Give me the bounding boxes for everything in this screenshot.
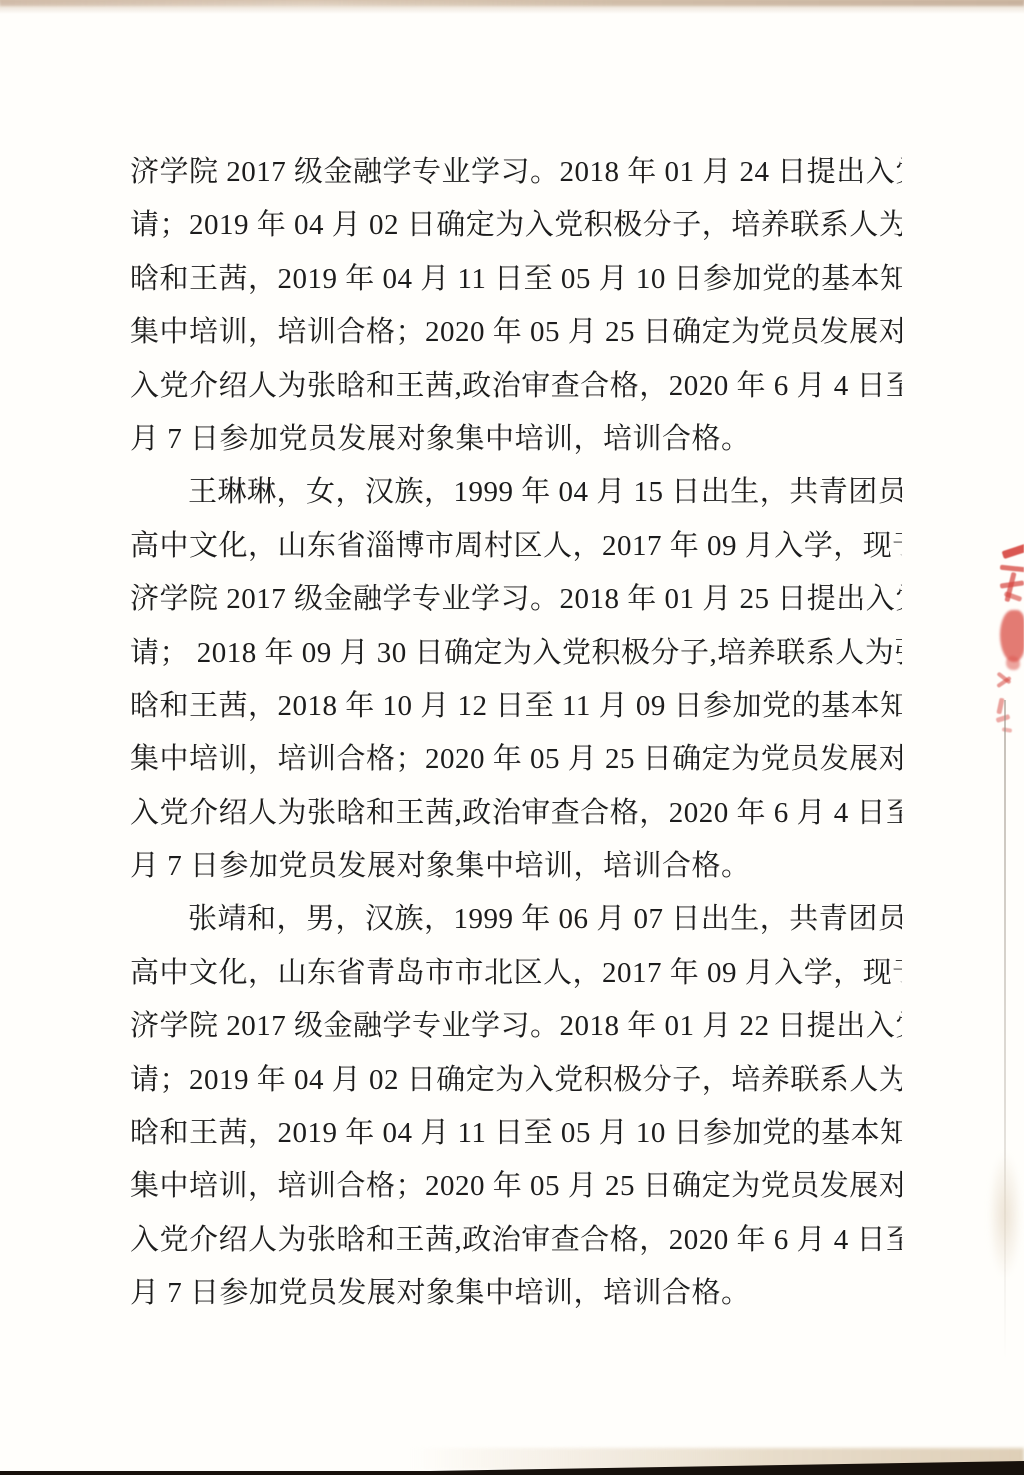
text-line: 请；2019 年 04 月 02 日确定为入党积极分子，培养联系人为张 <box>130 1054 902 1107</box>
text-line: 月 7 日参加党员发展对象集中培训，培训合格。 <box>130 413 902 466</box>
stamp-stroke <box>1002 541 1024 559</box>
text-line: 济学院 2017 级金融学专业学习。2018 年 01 月 24 日提出入党申 <box>130 146 902 199</box>
text-line: 入党介绍人为张晗和王茜,政治审查合格，2020 年 6 月 4 日至 6 <box>130 1214 902 1267</box>
text-line: 晗和王茜，2018 年 10 月 12 日至 11 月 09 日参加党的基本知识 <box>130 680 902 733</box>
text-line: 入党介绍人为张晗和王茜,政治审查合格，2020 年 6 月 4 日至 6 <box>130 360 902 413</box>
text-block: 济学院 2017 级金融学专业学习。2018 年 01 月 24 日提出入党申请… <box>130 146 902 1321</box>
text-line: 济学院 2017 级金融学专业学习。2018 年 01 月 22 日提出入党申 <box>130 1000 902 1053</box>
text-line: 集中培训，培训合格；2020 年 05 月 25 日确定为党员发展对象， <box>130 306 902 359</box>
page-edge-smudge <box>988 1150 1022 1280</box>
stamp-blob <box>1000 610 1024 662</box>
text-line: 济学院 2017 级金融学专业学习。2018 年 01 月 25 日提出入党申 <box>130 573 902 626</box>
scan-top-edge-grain <box>0 0 1024 6</box>
text-line: 入党介绍人为张晗和王茜,政治审查合格，2020 年 6 月 4 日至 6 <box>130 787 902 840</box>
text-line: 晗和王茜，2019 年 04 月 11 日至 05 月 10 日参加党的基本知识 <box>130 253 902 306</box>
text-line: 月 7 日参加党员发展对象集中培训，培训合格。 <box>130 1267 902 1320</box>
text-line: 集中培训，培训合格；2020 年 05 月 25 日确定为党员发展对象， <box>130 733 902 786</box>
text-line: 高中文化，山东省淄博市周村区人，2017 年 09 月入学，现于经 <box>130 520 902 573</box>
scan-bottom-edge <box>0 1455 1024 1475</box>
text-line: 王琳琳，女，汉族，1999 年 04 月 15 日出生，共青团员， <box>130 466 902 519</box>
text-line: 高中文化，山东省青岛市市北区人，2017 年 09 月入学，现于经 <box>130 947 902 1000</box>
text-line: 月 7 日参加党员发展对象集中培训，培训合格。 <box>130 840 902 893</box>
text-line: 请； 2018 年 09 月 30 日确定为入党积极分子,培养联系人为张 <box>130 627 902 680</box>
scanned-page: 济学院 2017 级金融学专业学习。2018 年 01 月 24 日提出入党申请… <box>0 0 1024 1475</box>
text-line: 集中培训，培训合格；2020 年 05 月 25 日确定为党员发展对象， <box>130 1160 902 1213</box>
text-line: 张靖和，男，汉族，1999 年 06 月 07 日出生，共青团员， <box>130 893 902 946</box>
stamp-blob <box>1006 656 1020 670</box>
text-line: 晗和王茜，2019 年 04 月 11 日至 05 月 10 日参加党的基本知识 <box>130 1107 902 1160</box>
text-line: 请；2019 年 04 月 02 日确定为入党积极分子，培养联系人为张 <box>130 199 902 252</box>
stamp-stroke <box>996 714 1011 723</box>
